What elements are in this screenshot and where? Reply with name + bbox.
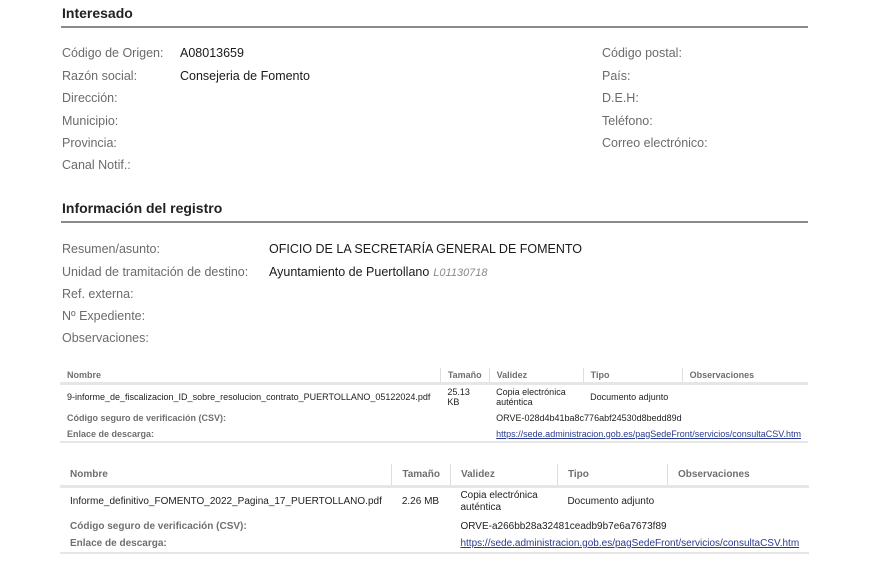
field-razon-social: Razón social:Consejeria de Fomento (62, 68, 310, 84)
csv-label: Código seguro de verificación (CSV): (60, 517, 450, 535)
download-label: Enlace de descarga: (60, 535, 450, 553)
csv-value: ORVE-028d4b41ba8c776abf24530d8bedd89d (489, 410, 808, 426)
table-row-download: Enlace de descarga: https://sede.adminis… (60, 426, 808, 442)
field-label: Resumen/asunto: (62, 241, 269, 257)
field-expediente: Nº Expediente: (62, 308, 145, 324)
field-direccion: Dirección: (62, 90, 118, 106)
column-header-validez: Validez (489, 368, 583, 383)
column-header-tipo: Tipo (583, 368, 682, 383)
file-observations (667, 486, 809, 517)
attachment-table: Nombre Tamaño Validez Tipo Observaciones… (60, 464, 809, 554)
column-header-tipo: Tipo (557, 464, 667, 486)
section-title-interesado: Interesado (62, 5, 133, 21)
file-type: Documento adjunto (557, 486, 667, 517)
table-row-download: Enlace de descarga: https://sede.adminis… (60, 535, 809, 553)
table-row-csv: Código seguro de verificación (CSV): ORV… (60, 517, 809, 535)
table-header-row: Nombre Tamaño Validez Tipo Observaciones (60, 464, 809, 486)
column-header-nombre: Nombre (60, 464, 392, 486)
column-header-nombre: Nombre (60, 368, 440, 383)
field-ref-externa: Ref. externa: (62, 286, 134, 302)
file-validity: Copia electrónica auténtica (450, 486, 557, 517)
field-deh: D.E.H: (602, 90, 639, 106)
field-label: Ref. externa: (62, 286, 134, 302)
field-label: Nº Expediente: (62, 308, 145, 324)
field-label: Teléfono: (602, 113, 653, 129)
csv-value: ORVE-a266bb28a32481ceadb9b7e6a7673f89 (450, 517, 809, 535)
download-label: Enlace de descarga: (60, 426, 489, 442)
field-canal-notif: Canal Notif.: (62, 157, 131, 173)
section-divider (61, 221, 808, 223)
table-header-row: Nombre Tamaño Validez Tipo Observaciones (60, 368, 808, 383)
field-label: Razón social: (62, 68, 180, 84)
field-municipio: Municipio: (62, 113, 118, 129)
field-value: A08013659 (180, 45, 244, 61)
section-title-registro: Información del registro (62, 200, 222, 216)
file-size: 25.13 KB (440, 383, 489, 410)
field-codigo-postal: Código postal: (602, 45, 682, 61)
field-value: Ayuntamiento de Puertollano (269, 264, 429, 280)
field-correo: Correo electrónico: (602, 135, 708, 151)
file-type: Documento adjunto (583, 383, 682, 410)
column-header-validez: Validez (450, 464, 557, 486)
column-header-tamano: Tamaño (392, 464, 451, 486)
table-row: 9-informe_de_fiscalizacion_ID_sobre_reso… (60, 383, 808, 410)
field-label: Código de Origen: (62, 45, 180, 61)
table-row: Informe_definitivo_FOMENTO_2022_Pagina_1… (60, 486, 809, 517)
field-label: D.E.H: (602, 90, 639, 106)
column-header-observaciones: Observaciones (667, 464, 809, 486)
field-resumen: Resumen/asunto:OFICIO DE LA SECRETARÍA G… (62, 241, 582, 257)
field-label: Correo electrónico: (602, 135, 708, 151)
field-label: Unidad de tramitación de destino: (62, 264, 269, 280)
file-observations (682, 383, 808, 410)
field-label: Dirección: (62, 90, 118, 106)
field-label: Municipio: (62, 113, 118, 129)
table-row-csv: Código seguro de verificación (CSV): ORV… (60, 410, 808, 426)
field-codigo-origen: Código de Origen:A08013659 (62, 45, 244, 61)
column-header-tamano: Tamaño (440, 368, 489, 383)
file-size: 2.26 MB (392, 486, 451, 517)
file-validity: Copia electrónica auténtica (489, 383, 583, 410)
field-pais: País: (602, 68, 631, 84)
column-header-observaciones: Observaciones (682, 368, 808, 383)
field-value: Consejeria de Fomento (180, 68, 310, 84)
file-name: Informe_definitivo_FOMENTO_2022_Pagina_1… (60, 486, 392, 517)
attachment-table: Nombre Tamaño Validez Tipo Observaciones… (60, 368, 808, 443)
field-label: Canal Notif.: (62, 157, 131, 173)
download-link[interactable]: https://sede.administracion.gob.es/pagSe… (496, 429, 801, 439)
field-value: OFICIO DE LA SECRETARÍA GENERAL DE FOMEN… (269, 241, 582, 257)
csv-label: Código seguro de verificación (CSV): (60, 410, 489, 426)
field-unidad-destino: Unidad de tramitación de destino:Ayuntam… (62, 264, 488, 281)
unit-code: L01130718 (433, 267, 487, 279)
field-provincia: Provincia: (62, 135, 117, 151)
field-label: País: (602, 68, 631, 84)
download-link[interactable]: https://sede.administracion.gob.es/pagSe… (460, 538, 799, 549)
field-label: Observaciones: (62, 330, 149, 346)
field-label: Código postal: (602, 45, 682, 61)
file-name: 9-informe_de_fiscalizacion_ID_sobre_reso… (60, 383, 440, 410)
field-telefono: Teléfono: (602, 113, 653, 129)
field-observaciones: Observaciones: (62, 330, 149, 346)
field-label: Provincia: (62, 135, 117, 151)
section-divider (61, 26, 808, 28)
